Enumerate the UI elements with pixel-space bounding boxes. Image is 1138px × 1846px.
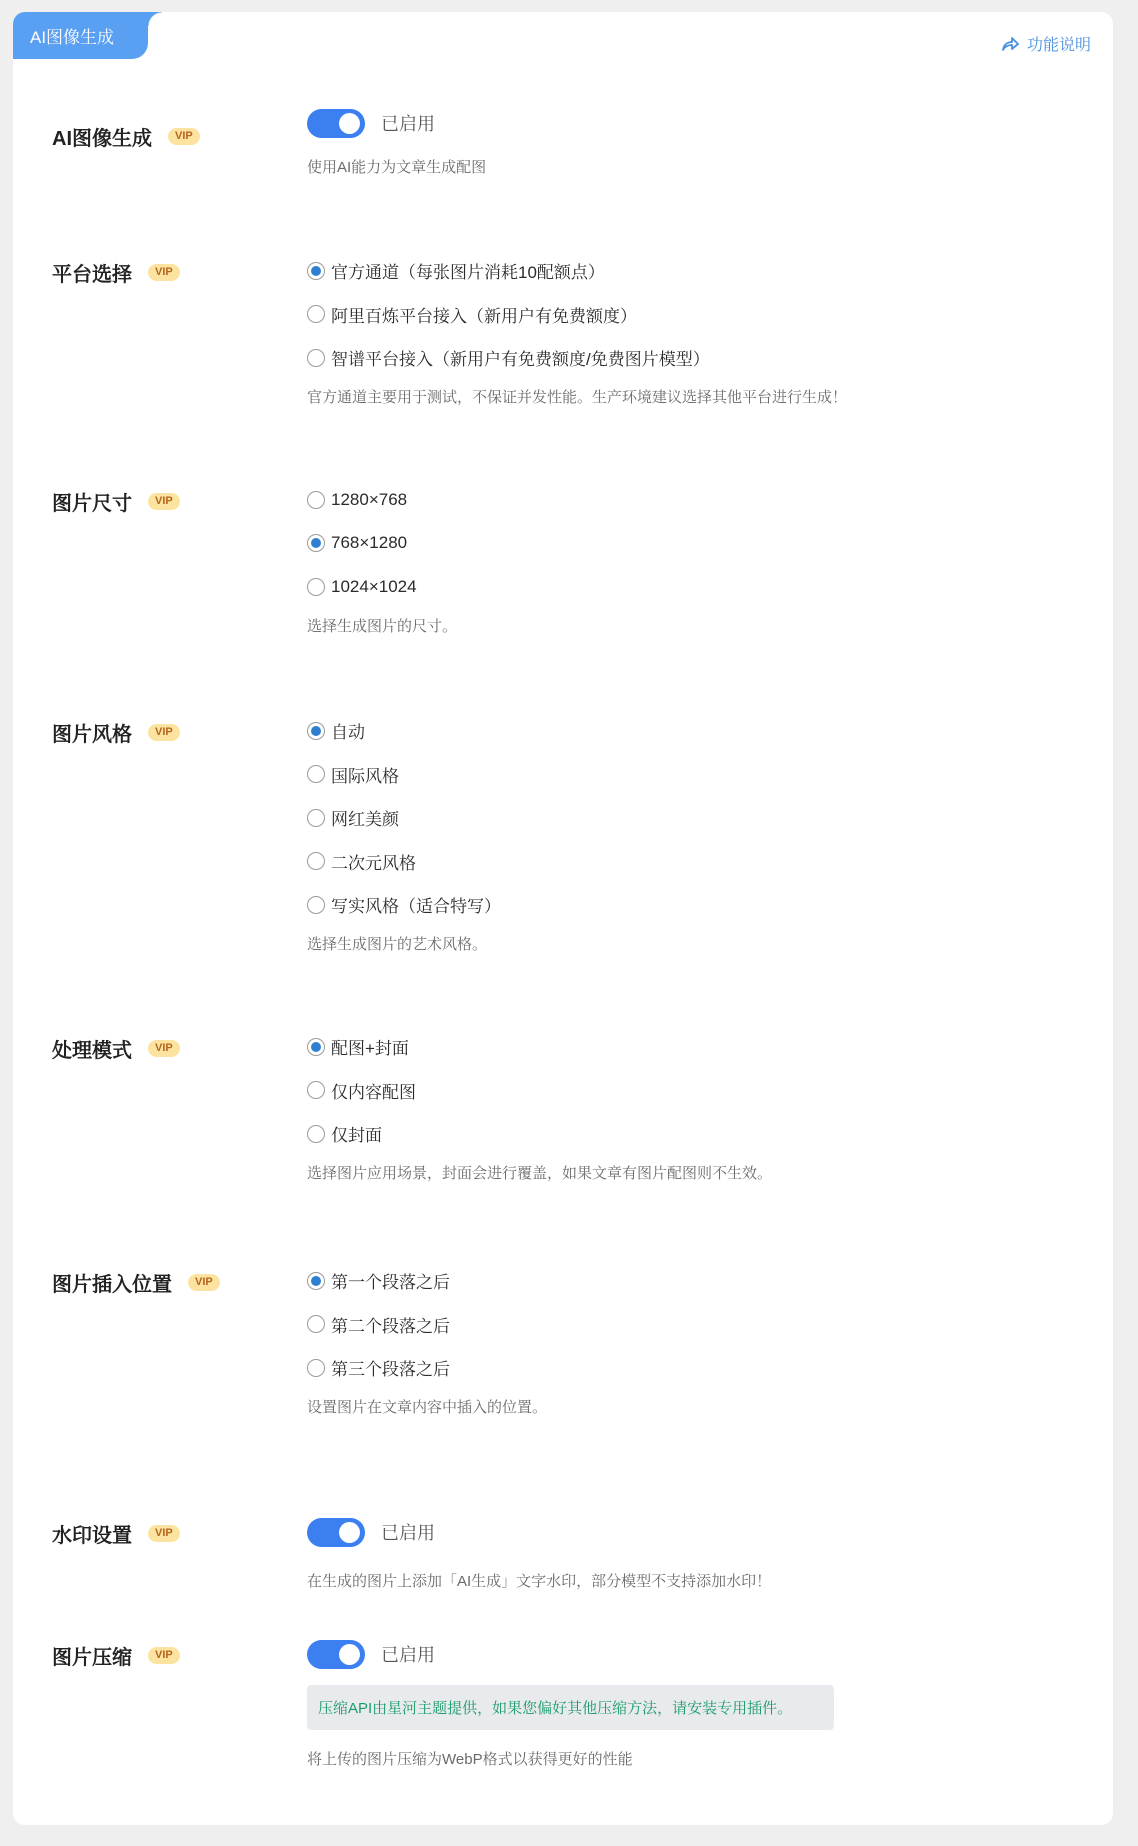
section-description: 使用AI能力为文章生成配图 (307, 156, 486, 177)
radio-option[interactable]: 仅内容配图 (307, 1069, 772, 1113)
watermark-toggle[interactable] (307, 1518, 365, 1547)
vip-badge: VIP (148, 1040, 180, 1057)
toggle-knob (339, 1522, 360, 1543)
radio-option[interactable]: 配图+封面 (307, 1025, 772, 1069)
label-text: 处理模式 (52, 1034, 132, 1063)
radio-label: 1280×768 (331, 490, 407, 510)
radio-option[interactable]: 国际风格 (307, 753, 501, 797)
radio-button[interactable] (307, 1081, 325, 1099)
radio-button[interactable] (307, 349, 325, 367)
radio-label: 第二个段落之后 (331, 1312, 450, 1337)
radio-button[interactable] (307, 852, 325, 870)
radio-button[interactable] (307, 722, 325, 740)
radio-label: 智谱平台接入（新用户有免费额度/免费图片模型） (331, 345, 710, 370)
radio-label: 网红美颜 (331, 805, 399, 830)
label-text: 图片插入位置 (52, 1268, 172, 1297)
section-description: 设置图片在文章内容中插入的位置。 (307, 1396, 547, 1417)
section-label: 水印设置 VIP (52, 1519, 180, 1548)
ai-image-toggle[interactable] (307, 109, 365, 138)
radio-label: 写实风格（适合特写） (331, 892, 501, 917)
section-label: 图片压缩 VIP (52, 1641, 180, 1670)
radio-label: 仅封面 (331, 1121, 382, 1146)
radio-button[interactable] (307, 262, 325, 280)
radio-option[interactable]: 自动 (307, 709, 501, 753)
radio-option[interactable]: 写实风格（适合特写） (307, 883, 501, 927)
settings-card: AI图像生成 功能说明 AI图像生成 VIP 已启用 使用AI能力为文章生成配图… (13, 12, 1113, 1825)
radio-button[interactable] (307, 534, 325, 552)
radio-button[interactable] (307, 578, 325, 596)
radio-option[interactable]: 第一个段落之后 (307, 1259, 547, 1303)
section-label: 处理模式 VIP (52, 1034, 180, 1063)
vip-badge: VIP (148, 264, 180, 281)
radio-button[interactable] (307, 1315, 325, 1333)
label-text: 图片尺寸 (52, 487, 132, 516)
radio-button[interactable] (307, 1125, 325, 1143)
section-label: 图片尺寸 VIP (52, 487, 180, 516)
label-text: 图片风格 (52, 718, 132, 747)
radio-label: 自动 (331, 718, 365, 743)
radio-label: 国际风格 (331, 762, 399, 787)
radio-label: 仅内容配图 (331, 1078, 416, 1103)
section-label: 图片风格 VIP (52, 718, 180, 747)
radio-button[interactable] (307, 765, 325, 783)
help-link-label: 功能说明 (1027, 32, 1091, 55)
section-label: AI图像生成 VIP (52, 122, 200, 151)
section-label: 图片插入位置 VIP (52, 1268, 220, 1297)
radio-label: 第一个段落之后 (331, 1268, 450, 1293)
tab-title: AI图像生成 (30, 23, 114, 48)
radio-label: 768×1280 (331, 533, 407, 553)
radio-button[interactable] (307, 896, 325, 914)
compression-toggle[interactable] (307, 1640, 365, 1669)
toggle-status: 已启用 (381, 110, 435, 136)
radio-label: 阿里百炼平台接入（新用户有免费额度） (331, 302, 637, 327)
label-text: AI图像生成 (52, 122, 152, 151)
vip-badge: VIP (148, 493, 180, 510)
help-link[interactable]: 功能说明 (1001, 32, 1091, 55)
toggle-knob (339, 113, 360, 134)
radio-label: 配图+封面 (331, 1034, 409, 1059)
toggle-status: 已启用 (381, 1641, 435, 1667)
radio-button[interactable] (307, 1272, 325, 1290)
radio-option[interactable]: 网红美颜 (307, 796, 501, 840)
vip-badge: VIP (188, 1274, 220, 1291)
section-description: 官方通道主要用于测试，不保证并发性能。生产环境建议选择其他平台进行生成！ (307, 386, 847, 407)
share-arrow-icon (1001, 36, 1019, 52)
radio-label: 第三个段落之后 (331, 1355, 450, 1380)
radio-option[interactable]: 二次元风格 (307, 840, 501, 884)
section-label: 平台选择 VIP (52, 258, 180, 287)
radio-option[interactable]: 1280×768 (307, 478, 457, 522)
radio-label: 官方通道（每张图片消耗10配额点） (331, 258, 605, 283)
section-description: 将上传的图片压缩为WebP格式以获得更好的性能 (307, 1748, 834, 1769)
toggle-status: 已启用 (381, 1519, 435, 1545)
section-description: 选择生成图片的尺寸。 (307, 615, 457, 636)
radio-option[interactable]: 第三个段落之后 (307, 1346, 547, 1390)
compression-notice: 压缩API由星河主题提供，如果您偏好其他压缩方法，请安装专用插件。 (307, 1685, 834, 1730)
label-text: 图片压缩 (52, 1641, 132, 1670)
radio-button[interactable] (307, 305, 325, 323)
section-tab: AI图像生成 (13, 12, 148, 59)
radio-button[interactable] (307, 1359, 325, 1377)
radio-button[interactable] (307, 809, 325, 827)
vip-badge: VIP (148, 1647, 180, 1664)
label-text: 平台选择 (52, 258, 132, 287)
radio-option[interactable]: 官方通道（每张图片消耗10配额点） (307, 249, 847, 293)
vip-badge: VIP (168, 128, 200, 145)
radio-button[interactable] (307, 1038, 325, 1056)
radio-option[interactable]: 768×1280 (307, 522, 457, 566)
section-description: 选择图片应用场景，封面会进行覆盖，如果文章有图片配图则不生效。 (307, 1162, 772, 1183)
section-description: 选择生成图片的艺术风格。 (307, 933, 501, 954)
label-text: 水印设置 (52, 1519, 132, 1548)
radio-option[interactable]: 1024×1024 (307, 565, 457, 609)
section-description: 在生成的图片上添加「AI生成」文字水印，部分模型不支持添加水印！ (307, 1570, 771, 1591)
radio-option[interactable]: 阿里百炼平台接入（新用户有免费额度） (307, 293, 847, 337)
toggle-knob (339, 1644, 360, 1665)
radio-label: 二次元风格 (331, 849, 416, 874)
radio-option[interactable]: 智谱平台接入（新用户有免费额度/免费图片模型） (307, 336, 847, 380)
vip-badge: VIP (148, 1525, 180, 1542)
radio-option[interactable]: 第二个段落之后 (307, 1303, 547, 1347)
radio-button[interactable] (307, 491, 325, 509)
radio-label: 1024×1024 (331, 577, 417, 597)
radio-option[interactable]: 仅封面 (307, 1112, 772, 1156)
vip-badge: VIP (148, 724, 180, 741)
